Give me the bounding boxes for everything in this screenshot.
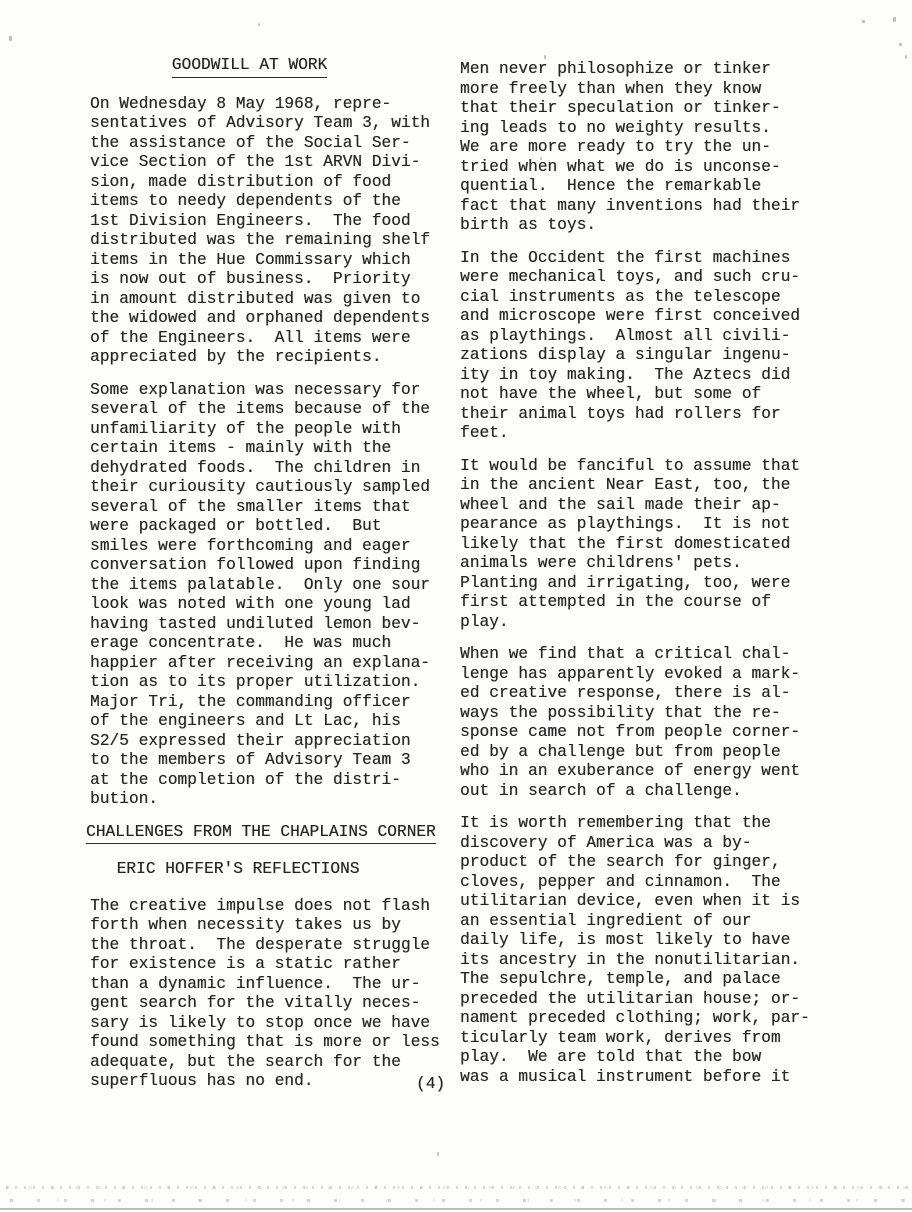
scan-speck xyxy=(862,20,865,23)
paragraph-goodwill-2: Some explanation was necessary for sever… xyxy=(90,381,464,810)
scan-noise-row xyxy=(6,1186,908,1189)
scan-speck xyxy=(899,43,902,46)
scan-speck xyxy=(905,55,907,59)
right-column: Men never philosophize or tinker more fr… xyxy=(460,60,834,1100)
paragraph-hoffer-1: The creative impulse does not flash fort… xyxy=(90,897,464,1092)
scan-speck xyxy=(9,36,12,41)
paragraph-hoffer-2: Men never philosophize or tinker more fr… xyxy=(460,60,834,236)
paragraph-hoffer-6: It is worth remembering that the discove… xyxy=(460,814,834,1087)
paragraph-hoffer-4: It would be fanciful to assume that in t… xyxy=(460,457,834,633)
scan-speck xyxy=(540,157,542,160)
scan-noise-row xyxy=(10,1199,906,1202)
paragraph-hoffer-5: When we find that a critical chal- lenge… xyxy=(460,645,834,801)
scan-edge-line xyxy=(0,1208,912,1210)
section-title-text: CHALLENGES FROM THE CHAPLAINS CORNER xyxy=(86,823,436,845)
left-column: GOODWILL AT WORK On Wednesday 8 May 1968… xyxy=(90,56,464,1105)
section-title-goodwill-at-work: GOODWILL AT WORK xyxy=(90,56,464,78)
section-subtitle-eric-hoffer: ERIC HOFFER'S REFLECTIONS xyxy=(90,860,464,880)
paragraph-goodwill-1: On Wednesday 8 May 1968, repre- sentativ… xyxy=(90,95,464,368)
scan-speck xyxy=(437,1152,439,1156)
paragraph-hoffer-3: In the Occident the first machines were … xyxy=(460,249,834,444)
scan-speck xyxy=(544,55,546,59)
scanned-document-page: GOODWILL AT WORK On Wednesday 8 May 1968… xyxy=(0,0,912,1212)
scan-speck xyxy=(258,23,260,26)
section-title-text: GOODWILL AT WORK xyxy=(172,56,327,78)
scan-speck xyxy=(893,17,896,22)
page-number: (4) xyxy=(416,1075,445,1095)
section-title-chaplains-corner: CHALLENGES FROM THE CHAPLAINS CORNER xyxy=(86,823,464,845)
